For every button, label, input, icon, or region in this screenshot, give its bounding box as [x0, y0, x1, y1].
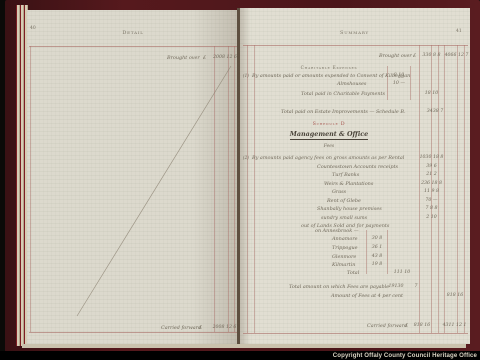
total-row: Total paid on Estate Improvements — Sche… [239, 108, 470, 117]
copyright-text: Copyright Offaly County Council Heritage… [333, 351, 477, 360]
row-amount: 2 10 [419, 214, 444, 222]
row-label: Turf Banks [332, 171, 359, 179]
row-amount: 11 9 8 [419, 188, 444, 196]
copyright-bar: Copyright Offaly County Council Heritage… [0, 351, 480, 360]
row-label: Brought over [379, 52, 412, 60]
row-amount: 236 18 8 [419, 180, 444, 188]
row-label: Carried forward [367, 322, 407, 330]
brought-over-row: Brought over £ 2008 12 6 [27, 54, 239, 63]
row-amount: 19130 [385, 283, 407, 291]
book-gutter [237, 8, 240, 344]
schedule-title: Management & Office [239, 130, 419, 138]
ledger-row: Almshouses 10 — [239, 80, 470, 89]
row-label: Glenmore [332, 253, 356, 261]
row-label: Countesstown Accounts receipts [317, 163, 398, 171]
left-page: 40 Detail Brought over £ 2008 12 6 Carri… [27, 10, 239, 344]
row-amount: 4066 12 7 [443, 52, 470, 60]
schedule-label: Schedule D [239, 122, 419, 127]
right-page: 41 Summary Brought over £ 330 8 8 4066 1… [239, 8, 470, 344]
row-amount: 2008 12 6 [212, 54, 238, 62]
row-number: (2) [243, 154, 249, 162]
row-amount: 4311 12 1 [440, 322, 469, 330]
ledger-scan: 40 Detail Brought over £ 2008 12 6 Carri… [0, 0, 480, 360]
row-amount: 111 10 [391, 269, 413, 277]
row-amount: 18 10 [419, 90, 444, 98]
row-amount: 43 8 [368, 253, 386, 261]
row-amount: 2008 12 6 [211, 324, 238, 332]
row-amount: 818 16 [411, 322, 433, 330]
row-label: Carried forward [161, 324, 201, 332]
row-label: Kilmartin [332, 261, 355, 269]
row-amount: 7 [411, 283, 421, 291]
row-label: Brought over [167, 54, 200, 62]
row-label: Shanbally house premises [317, 205, 382, 213]
schedule-subheading: Fees [239, 144, 419, 149]
currency-symbol: £ [203, 54, 206, 62]
row-label: Total [347, 269, 359, 277]
row-label: Trippogue [332, 244, 358, 252]
right-page-header: Summary [239, 30, 470, 36]
brought-over-row: Brought over £ 330 8 8 4066 12 7 [239, 52, 470, 61]
charitable-heading: Charitable Expenses [239, 65, 419, 70]
currency-symbol: £ [199, 324, 202, 332]
row-label: Annamore [332, 235, 358, 243]
row-amount: 30 8 [368, 235, 386, 243]
carried-forward-row: Carried forward £ 818 16 4311 12 1 [239, 322, 470, 331]
carried-forward-row: Carried forward £ 2008 12 6 [27, 324, 239, 333]
row-amount: 21 2 [419, 171, 444, 179]
currency-symbol: £ [405, 322, 408, 330]
row-label: Total paid in Charitable Payments [301, 90, 385, 98]
row-amount: 3438 7 [423, 108, 447, 116]
row-label: Total paid on Estate Improvements — Sche… [281, 108, 406, 116]
ruled-line [243, 45, 468, 46]
page-edges-bottom [22, 344, 466, 348]
row-label: By amounts paid or amounts expended to C… [252, 72, 410, 80]
row-amount: 7 8 8 [419, 205, 444, 213]
row-label: Amount of Fees at 4 per cent [331, 292, 403, 300]
row-amount: 330 8 8 [419, 52, 444, 60]
total-row: Total 111 10 [239, 269, 470, 278]
row-label: Grass [332, 188, 346, 196]
row-label: Rent of Glebe [327, 197, 361, 205]
row-amount: 19 8 [368, 261, 386, 269]
sub-row: Trippogue 36 1 [239, 244, 470, 253]
row-label: Weirs & Plantations [324, 180, 373, 188]
schedule-title-text: Management & Office [290, 130, 368, 140]
row-amount: 70 — [419, 197, 444, 205]
total-row: Total paid in Charitable Payments 18 10 [239, 90, 470, 99]
row-amount: 36 1 [368, 244, 386, 252]
row-label: Almshouses [337, 80, 366, 88]
row-amount: 1030 18 8 [419, 154, 444, 162]
row-label: sundry small sums [321, 214, 367, 222]
row-label: on Annesbrook — [315, 227, 359, 235]
row-number: (1) [243, 72, 249, 80]
row-amount: 818 16 [442, 292, 468, 300]
sub-row: Annamore 30 8 [239, 235, 470, 244]
total-row: Amount of Fees at 4 per cent 818 16 [239, 292, 470, 301]
row-label: By amounts paid agency fees on gross amo… [252, 154, 404, 162]
row-amount: 10 — [389, 80, 409, 88]
currency-symbol: £ [413, 52, 416, 60]
row-label: Total amount on which Fees are payable [289, 283, 389, 291]
ruled-line [243, 333, 468, 334]
row-amount: 39 6 [419, 163, 444, 171]
row-amount: 8 10 [389, 72, 409, 80]
